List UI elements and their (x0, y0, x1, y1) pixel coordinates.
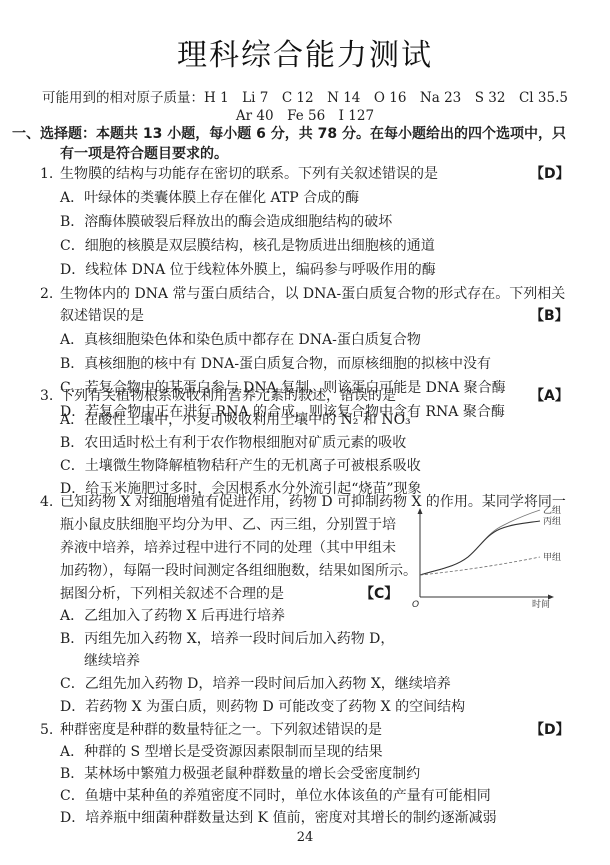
q4-option-b-cont: 继续培养 (84, 651, 140, 671)
q5-option-c: C．鱼塘中某种鱼的养殖密度不同时，单位水体该鱼的产量有可能相同 (60, 786, 491, 806)
series-label-jia: 甲组 (543, 552, 561, 563)
q1-answer: 【D】 (530, 164, 570, 184)
q4-number: 4. (40, 492, 53, 512)
q2-stem-line-2: 叙述错误的是 (60, 306, 144, 326)
q2-option-a: A．真核细胞染色体和染色质中都存在 DNA-蛋白质复合物 (60, 330, 421, 350)
q3-answer: 【A】 (530, 386, 569, 406)
series-label-yi: 乙组 (543, 505, 561, 516)
q3-option-b: B．农田适时松土有利于农作物根细胞对矿质元素的吸收 (60, 433, 406, 453)
q1-option-a: A．叶绿体的类囊体膜上存在催化 ATP 合成的酶 (60, 188, 359, 208)
q5-option-b: B．某林场中繁殖力极强老鼠种群数量的增长会受密度制约 (60, 764, 420, 784)
q3-number: 3. (40, 386, 53, 406)
q2-option-b: B．真核细胞的核中有 DNA-蛋白质复合物，而原核细胞的拟核中没有 (60, 354, 491, 374)
q1-option-d: D．线粒体 DNA 位于线粒体外膜上，编码参与呼吸作用的酶 (60, 260, 436, 280)
q2-stem-line-1: 生物体内的 DNA 常与蛋白质结合，以 DNA-蛋白质复合物的形式存在。下列相关 (60, 284, 565, 304)
q5-answer: 【D】 (530, 720, 570, 740)
q2-number: 2. (40, 284, 53, 304)
origin-label: O (412, 600, 419, 610)
q4-option-a: A．乙组加入了药物 X 后再进行培养 (60, 606, 285, 626)
q4-option-c: C．乙组先加入药物 D，培养一段时间后加入药物 X，继续培养 (60, 674, 451, 694)
q1-number: 1. (40, 164, 53, 184)
q1-option-c: C．细胞的核膜是双层膜结构，核孔是物质进出细胞核的通道 (60, 236, 435, 256)
q4-option-b: B．丙组先加入药物 X，培养一段时间后加入药物 D， (60, 629, 394, 649)
page-title: 理科综合能力测试 (0, 30, 610, 74)
q4-stem-line-4: 加药物），每隔一段时间测定各组细胞数，结果如图所示。 (60, 561, 417, 581)
q2-answer: 【B】 (530, 306, 569, 326)
q4-stem-line-2: 瓶小鼠皮肤细胞平均分为甲、乙、丙三组，分别置于培 (60, 515, 396, 535)
q5-option-d: D．培养瓶中细菌种群数量达到 K 值前，密度对其增长的制约逐渐减弱 (60, 808, 497, 828)
q4-stem-line-5: 据图分析，下列相关叙述不合理的是 (60, 584, 284, 604)
growth-curve-chart: 细胞数 时间 O 乙组 丙组 甲组 (400, 505, 570, 610)
series-label-bing: 丙组 (543, 516, 561, 527)
page-number: 24 (0, 830, 610, 845)
q1-option-b: B．溶酶体膜破裂后释放出的酶会造成细胞结构的破坏 (60, 212, 392, 232)
section-heading-line-2: 有一项是符合题目要求的。 (60, 144, 228, 164)
q3-stem: 下列有关植物根系吸收利用营养元素的叙述，错误的是 (60, 386, 396, 406)
atomic-masses-line-1: 可能用到的相对原子质量：H 1 Li 7 C 12 N 14 O 16 Na 2… (0, 88, 610, 108)
atomic-masses-line-2: Ar 40 Fe 56 I 127 (0, 106, 610, 126)
q4-stem-line-3: 养液中培养，培养过程中进行不同的处理（其中甲组未 (60, 538, 396, 558)
q5-number: 5. (40, 720, 53, 740)
x-axis-label: 时间 (532, 598, 550, 610)
q1-stem: 生物膜的结构与功能存在密切的联系。下列有关叙述错误的是 (60, 164, 438, 184)
q4-answer: 【C】 (360, 584, 398, 604)
section-heading-line-1: 一、选择题：本题共 13 小题，每小题 6 分，共 78 分。在每小题给出的四个… (12, 124, 566, 144)
cell-growth-figure: 细胞数 时间 O 乙组 丙组 甲组 (400, 505, 570, 610)
q5-stem: 种群密度是种群的数量特征之一。下列叙述错误的是 (60, 720, 382, 740)
q5-option-a: A．种群的 S 型增长是受资源因素限制而呈现的结果 (60, 742, 383, 762)
q3-option-c: C．土壤微生物降解植物秸秆产生的无机离子可被根系吸收 (60, 456, 421, 476)
q4-option-d: D．若药物 X 为蛋白质，则药物 D 可能改变了药物 X 的空间结构 (60, 697, 465, 717)
q3-option-a: A．在酸性土壤中，小麦可吸收利用土壤中的 N₂ 和 NO₃⁻ (60, 410, 418, 430)
